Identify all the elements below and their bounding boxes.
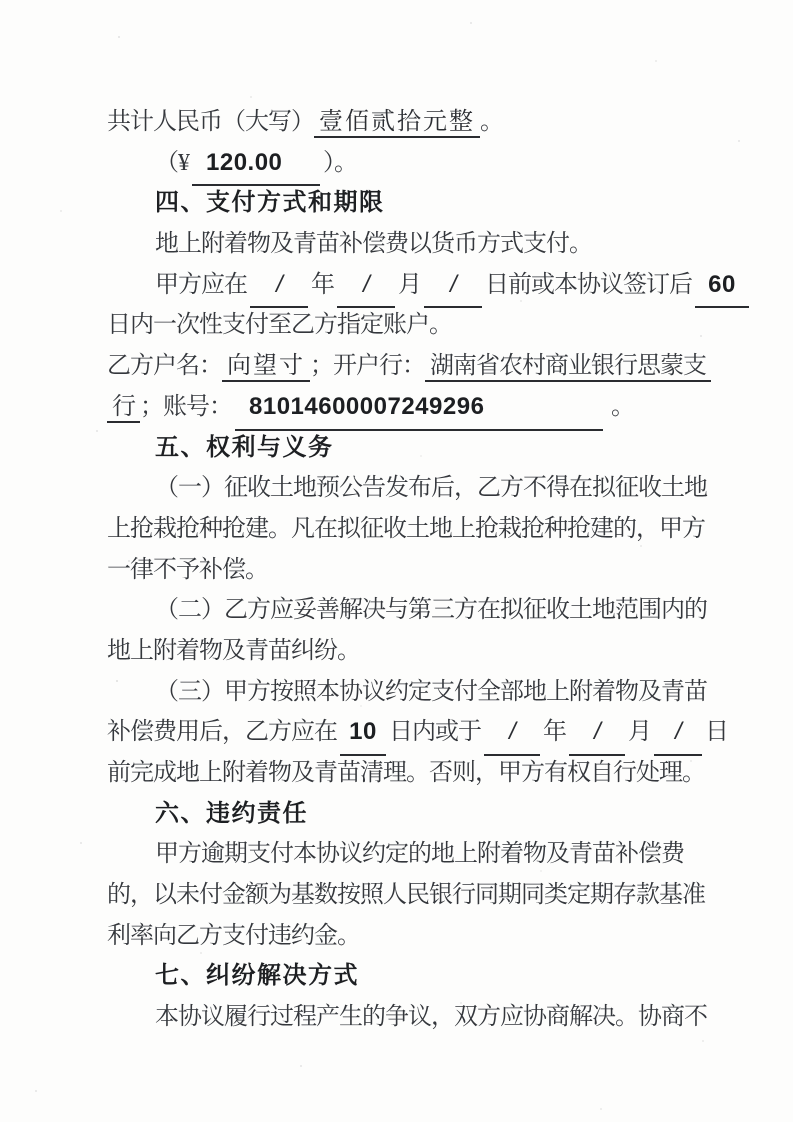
bank-name-value-continued: 行 xyxy=(107,394,140,423)
breach-line-1: 甲方逾期支付本协议约定的地上附着物及青苗补偿费 xyxy=(107,834,707,875)
document-content: 共计人民币（大写）壹佰贰拾元整。（¥120.00）。四、支付方式和期限地上附着物… xyxy=(107,102,707,1038)
account-number-label: ；账号： xyxy=(140,394,232,420)
body-text: （三）甲方按照本协议约定支付全部地上附着物及青苗 xyxy=(155,679,707,705)
body-text: （二）乙方应妥善解决与第三方在拟征收土地范围内的 xyxy=(155,597,707,623)
section-heading-dispute: 七、纠纷解决方式 xyxy=(107,956,707,997)
body-text: 地上附着物及青苗纠纷。 xyxy=(107,638,360,664)
section-heading-breach: 六、违约责任 xyxy=(107,794,707,835)
scan-noise xyxy=(0,0,2,2)
body-text: 的，以未付金额为基数按照人民银行同期同类定期存款基准 xyxy=(107,882,705,908)
account-number-line: 行；账号：81014600007249296 。 xyxy=(107,387,707,428)
body-text: 日前或本协议签订后 xyxy=(485,272,692,298)
clearance-days-value: 10 xyxy=(340,712,386,756)
body-text: 甲方逾期支付本协议约定的地上附着物及青苗补偿费 xyxy=(155,841,684,867)
amount-numeric-line: （¥120.00）。 xyxy=(107,143,707,184)
payment-method-line: 地上附着物及青苗补偿费以货币方式支付。 xyxy=(107,224,707,265)
section-heading-rights: 五、权利与义务 xyxy=(107,428,707,469)
month-blank: / xyxy=(337,265,395,309)
document-page: 共计人民币（大写）壹佰贰拾元整。（¥120.00）。四、支付方式和期限地上附着物… xyxy=(0,0,793,1122)
amount-numeric-value: 120.00 xyxy=(192,143,320,187)
clause-2-line-1: （二）乙方应妥善解决与第三方在拟征收土地范围内的 xyxy=(107,590,707,631)
year-blank: / xyxy=(250,265,308,309)
body-text: 上抢栽抢种抢建。凡在拟征收土地上抢栽抢种抢建的，甲方 xyxy=(107,516,705,542)
payee-account-line: 乙方户名：向望寸；开户行：湖南省农村商业银行思蒙支 xyxy=(107,346,707,387)
body-text: 年 xyxy=(311,272,334,298)
punctuation: ）。 xyxy=(323,150,357,176)
body-text: 补偿费用后，乙方应在 xyxy=(107,719,337,745)
breach-line-3: 利率向乙方支付违约金。 xyxy=(107,916,707,957)
body-text: （一）征收土地预公告发布后，乙方不得在拟征收土地 xyxy=(155,475,707,501)
payment-deadline-line-2: 日内一次性支付至乙方指定账户。 xyxy=(107,305,707,346)
body-text: 地上附着物及青苗补偿费以货币方式支付。 xyxy=(155,231,592,257)
body-text: 日 xyxy=(705,719,728,745)
punctuation: 。 xyxy=(480,109,503,135)
section-heading-text: 六、违约责任 xyxy=(155,800,308,827)
section-heading-text: 四、支付方式和期限 xyxy=(155,189,385,216)
section-heading-text: 五、权利与义务 xyxy=(155,434,334,461)
day-blank: / xyxy=(424,265,482,309)
amount-in-words-value: 壹佰贰拾元整 xyxy=(314,109,480,138)
payee-name-label: 乙方户名： xyxy=(107,353,222,379)
body-text: 一律不予补偿。 xyxy=(107,557,268,583)
currency-symbol: （¥ xyxy=(155,150,189,176)
dispute-line-1: 本协议履行过程产生的争议，双方应协商解决。协商不 xyxy=(107,997,707,1038)
payee-name-value: 向望寸 xyxy=(222,353,310,382)
clause-1-line-2: 上抢栽抢种抢建。凡在拟征收土地上抢栽抢种抢建的，甲方 xyxy=(107,509,707,550)
clause-1-line-1: （一）征收土地预公告发布后，乙方不得在拟征收土地 xyxy=(107,468,707,509)
clause-3-line-2: 补偿费用后，乙方应在10日内或于/年/月/日 xyxy=(107,712,707,753)
body-text: 甲方应在 xyxy=(155,272,247,298)
body-text: 前完成地上附着物及青苗清理。否则，甲方有权自行处理。 xyxy=(107,760,705,786)
section-heading-text: 七、纠纷解决方式 xyxy=(155,962,359,989)
section-heading-payment: 四、支付方式和期限 xyxy=(107,183,707,224)
clause-3-line-3: 前完成地上附着物及青苗清理。否则，甲方有权自行处理。 xyxy=(107,753,707,794)
clause-2-line-2: 地上附着物及青苗纠纷。 xyxy=(107,631,707,672)
year-blank: / xyxy=(484,712,540,756)
amount-in-words-line: 共计人民币（大写）壹佰贰拾元整。 xyxy=(107,102,707,143)
body-text: 月 xyxy=(628,719,651,745)
body-text: 日内或于 xyxy=(389,719,481,745)
body-text: 年 xyxy=(543,719,566,745)
body-text: 利率向乙方支付违约金。 xyxy=(107,923,360,949)
body-text: 月 xyxy=(398,272,421,298)
amount-in-words-label: 共计人民币（大写） xyxy=(107,109,314,135)
account-number-value: 81014600007249296 xyxy=(235,387,603,431)
day-blank: / xyxy=(654,712,702,756)
clause-1-line-3: 一律不予补偿。 xyxy=(107,550,707,591)
breach-line-2: 的，以未付金额为基数按照人民银行同期同类定期存款基准 xyxy=(107,875,707,916)
month-blank: / xyxy=(569,712,625,756)
days-after-signing-value: 60 xyxy=(695,265,749,309)
bank-name-value: 湖南省农村商业银行思蒙支 xyxy=(425,353,711,382)
bank-label: ；开户行： xyxy=(310,353,425,379)
payment-deadline-line: 甲方应在/年/月/日前或本协议签订后60 xyxy=(107,265,707,306)
punctuation: 。 xyxy=(606,394,634,420)
body-text: 本协议履行过程产生的争议，双方应协商解决。协商不 xyxy=(155,1004,707,1030)
body-text: 日内一次性支付至乙方指定账户。 xyxy=(107,312,452,338)
clause-3-line-1: （三）甲方按照本协议约定支付全部地上附着物及青苗 xyxy=(107,672,707,713)
